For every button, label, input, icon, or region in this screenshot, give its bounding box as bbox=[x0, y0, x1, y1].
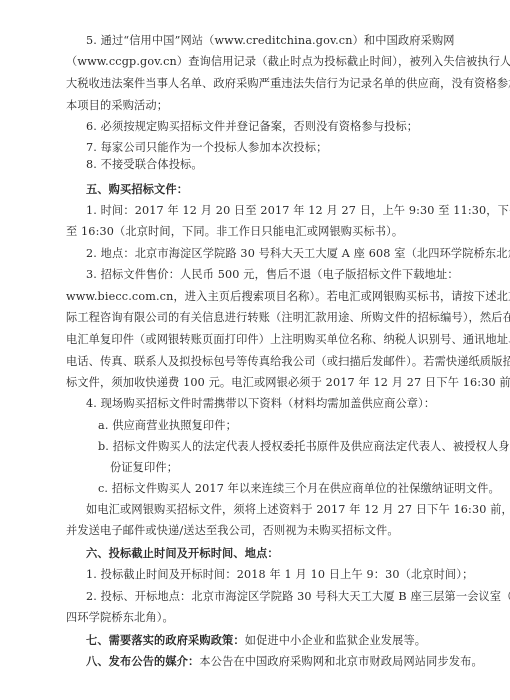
s5-item-1-line-1: 1. 时间：2017 年 12 月 20 日至 2017 年 12 月 27 日… bbox=[86, 204, 444, 218]
section-6-heading: 六、投标截止时间及开标时间、地点： bbox=[86, 546, 444, 560]
item-8: 8. 不接受联合体投标。 bbox=[86, 158, 444, 172]
section-5-heading: 五、购买招标文件： bbox=[86, 182, 444, 196]
s5-item-1-line-2: 至 16:30（北京时间，下同。非工作日只能电汇或网银购买标书）。 bbox=[66, 225, 444, 239]
s5-item-4-c: c. 招标文件购买人 2017 年以来连续三个月在供应商单位的社保缴纳证明文件。 bbox=[98, 482, 444, 496]
s5-item-4-b-line-2: 份证复印件； bbox=[110, 461, 444, 475]
section-7: 七、需要落实的政府采购政策：如促进中小企业和监狱企业发展等。 bbox=[86, 633, 444, 648]
section-8-heading: 八、发布公告的媒介： bbox=[86, 654, 199, 668]
s6-item-2-line-1: 2. 投标、开标地点：北京市海淀区学院路 30 号科大天工大厦 B 座三层第一会… bbox=[86, 590, 444, 604]
s5-item-4-b-line-1: b. 招标文件购买人的法定代表人授权委托书原件及供应商法定代表人、被授权人身 bbox=[98, 440, 444, 454]
section-7-heading: 七、需要落实的政府采购政策： bbox=[86, 633, 245, 647]
s5-item-3-line-3: 际工程咨询有限公司的有关信息进行转账（注明汇款用途、所购文件的招标编号），然后在 bbox=[66, 311, 444, 325]
item-5-line-2: （www.ccgp.gov.cn）查询信用记录（截止时点为投标截止时间），被列入… bbox=[66, 55, 444, 69]
s5-item-3-line-1: 3. 招标文件售价：人民币 500 元，售后不退（电子版招标文件下载地址： bbox=[86, 268, 444, 282]
s5-item-3-line-6: 标文件，须加收快递费 100 元。电汇或网银必须于 2017 年 12 月 27… bbox=[66, 376, 444, 390]
s5-item-3-line-4: 电汇单复印件（或网银转账页面打印件）上注明购买单位名称、纳税人识别号、通讯地址、 bbox=[66, 333, 444, 347]
section-7-text: 如促进中小企业和监狱企业发展等。 bbox=[245, 634, 426, 647]
s5-item-2: 2. 地点：北京市海淀区学院路 30 号科大天工大厦 A 座 608 室（北四环… bbox=[86, 247, 444, 261]
s5-item-4-a: a. 供应商营业执照复印件； bbox=[98, 419, 444, 433]
s5-item-3-line-2: www.biecc.com.cn，进入主页后搜索项目名称）。若电汇或网银购买标书… bbox=[66, 290, 444, 304]
s5-item-4-line-1: 4. 现场购买招标文件时需携带以下资料（材料均需加盖供应商公章）： bbox=[86, 397, 444, 411]
item-5-line-1: 5. 通过“信用中国”网站（www.creditchina.gov.cn）和中国… bbox=[86, 34, 444, 48]
s6-item-1: 1. 投标截止时间及开标时间：2018 年 1 月 10 日上午 9：30（北京… bbox=[86, 568, 444, 582]
s5-note-line-1: 如电汇或网银购买招标文件，须将上述资料于 2017 年 12 月 27 日下午 … bbox=[86, 503, 444, 517]
s5-item-3-line-5: 电话、传真、联系人及拟投标包号等传真给我公司（或扫描后发邮件）。若需快递纸质版招 bbox=[66, 355, 444, 369]
item-5-line-3: 大税收违法案件当事人名单、政府采购严重违法失信行为记录名单的供应商，没有资格参加 bbox=[66, 77, 444, 91]
section-8-text: 本公告在中国政府采购网和北京市财政局网站同步发布。 bbox=[199, 655, 482, 668]
item-5-line-4: 本项目的采购活动； bbox=[66, 99, 444, 113]
document-page: 5. 通过“信用中国”网站（www.creditchina.gov.cn）和中国… bbox=[0, 0, 510, 700]
s6-item-2-line-2: 四环学院桥东北角）。 bbox=[66, 611, 444, 625]
item-7: 7. 每家公司只能作为一个投标人参加本次投标； bbox=[86, 141, 444, 155]
section-8: 八、发布公告的媒介：本公告在中国政府采购网和北京市财政局网站同步发布。 bbox=[86, 654, 444, 669]
item-6: 6. 必须按规定购买招标文件并登记备案，否则没有资格参与投标； bbox=[86, 120, 444, 134]
s5-note-line-2: 并发送电子邮件或快递/送达至我公司，否则视为未购买招标文件。 bbox=[66, 524, 444, 538]
